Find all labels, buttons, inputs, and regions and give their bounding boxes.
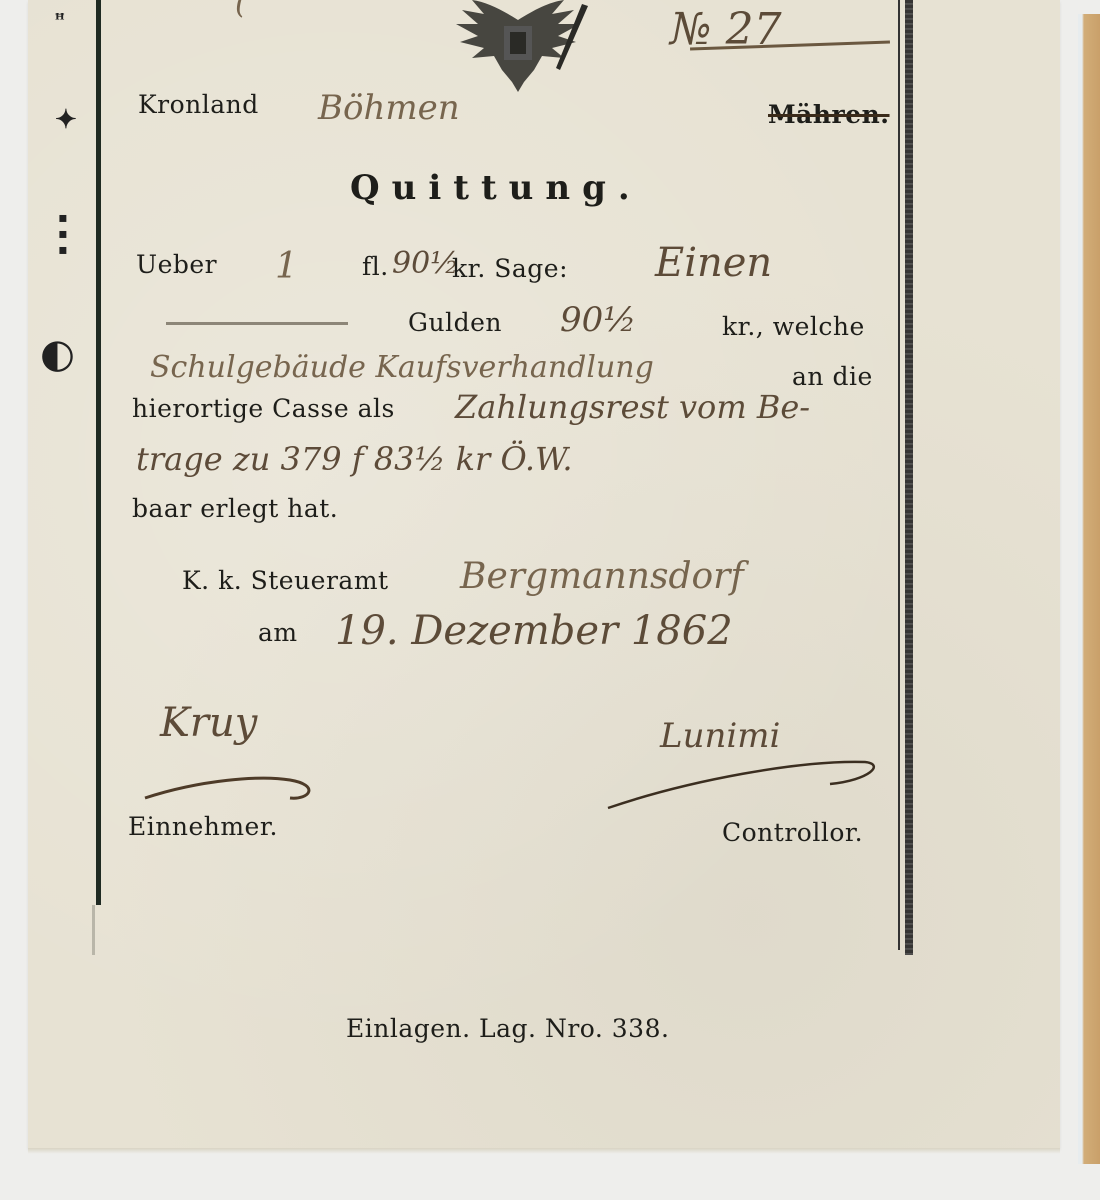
- stub-fragment-4: ◐: [40, 330, 75, 377]
- steueramt-value: Bergmannsdorf: [460, 556, 744, 597]
- kr-welche-label: kr., welche: [722, 312, 865, 341]
- controllor-label: Controllor.: [722, 818, 863, 847]
- hierortige-casse-label: hierortige Casse als: [132, 394, 395, 423]
- footer-einlagen-number: Einlagen. Lag. Nro. 338.: [346, 1014, 669, 1043]
- document-title: Quittung.: [350, 168, 642, 208]
- gulden-label: Gulden: [408, 308, 502, 337]
- border-right: [905, 0, 913, 955]
- steueramt-label: K. k. Steueramt: [182, 566, 389, 595]
- einnehmer-signature: Kruy: [160, 700, 257, 746]
- kr-sage-label: kr. Sage:: [452, 254, 568, 283]
- controllor-signature-flourish: [600, 750, 890, 820]
- payer-handwritten: Schulgebäude Kaufsverhandlung: [150, 350, 654, 385]
- amount-kr: 90½: [392, 246, 459, 281]
- perforation-border-left: [96, 0, 101, 905]
- paper-bottom-edge: [28, 1148, 1060, 1154]
- einnehmer-label: Einnehmer.: [128, 812, 278, 841]
- am-label: am: [258, 618, 298, 647]
- gulden-kr: 90½: [560, 300, 636, 340]
- ueber-label: Ueber: [136, 250, 217, 279]
- stub-fragment-1: ꟸ: [55, 10, 65, 29]
- date-handwritten: 19. Dezember 1862: [335, 608, 733, 654]
- an-die-label: an die: [792, 362, 873, 391]
- kronland-printed-struck: Mähren.: [768, 100, 890, 129]
- double-headed-eagle-icon: [432, 0, 604, 92]
- einnehmer-signature-flourish: [140, 760, 320, 810]
- kronland-value: Böhmen: [318, 88, 460, 128]
- purpose-line-2: trage zu 379 f 83½ kr Ö.W.: [136, 440, 573, 478]
- handwritten-mark-top-left: (: [235, 0, 247, 21]
- blank-rule: [166, 322, 348, 325]
- stub-fragment-2: ✦: [55, 105, 77, 135]
- kronland-label: Kronland: [138, 90, 259, 119]
- stub-fragment-3: ▪▪▪: [55, 210, 71, 258]
- baar-erlegt-label: baar erlegt hat.: [132, 494, 338, 523]
- amount-fl: 1: [275, 246, 298, 287]
- fl-label: fl.: [362, 252, 389, 281]
- amount-words: Einen: [655, 240, 772, 286]
- border-right-thin: [898, 0, 900, 950]
- adjacent-page-edge: [1078, 14, 1100, 1164]
- perforation-border-left-faint: [92, 905, 95, 955]
- purpose-line-1: Zahlungsrest vom Be-: [455, 388, 810, 426]
